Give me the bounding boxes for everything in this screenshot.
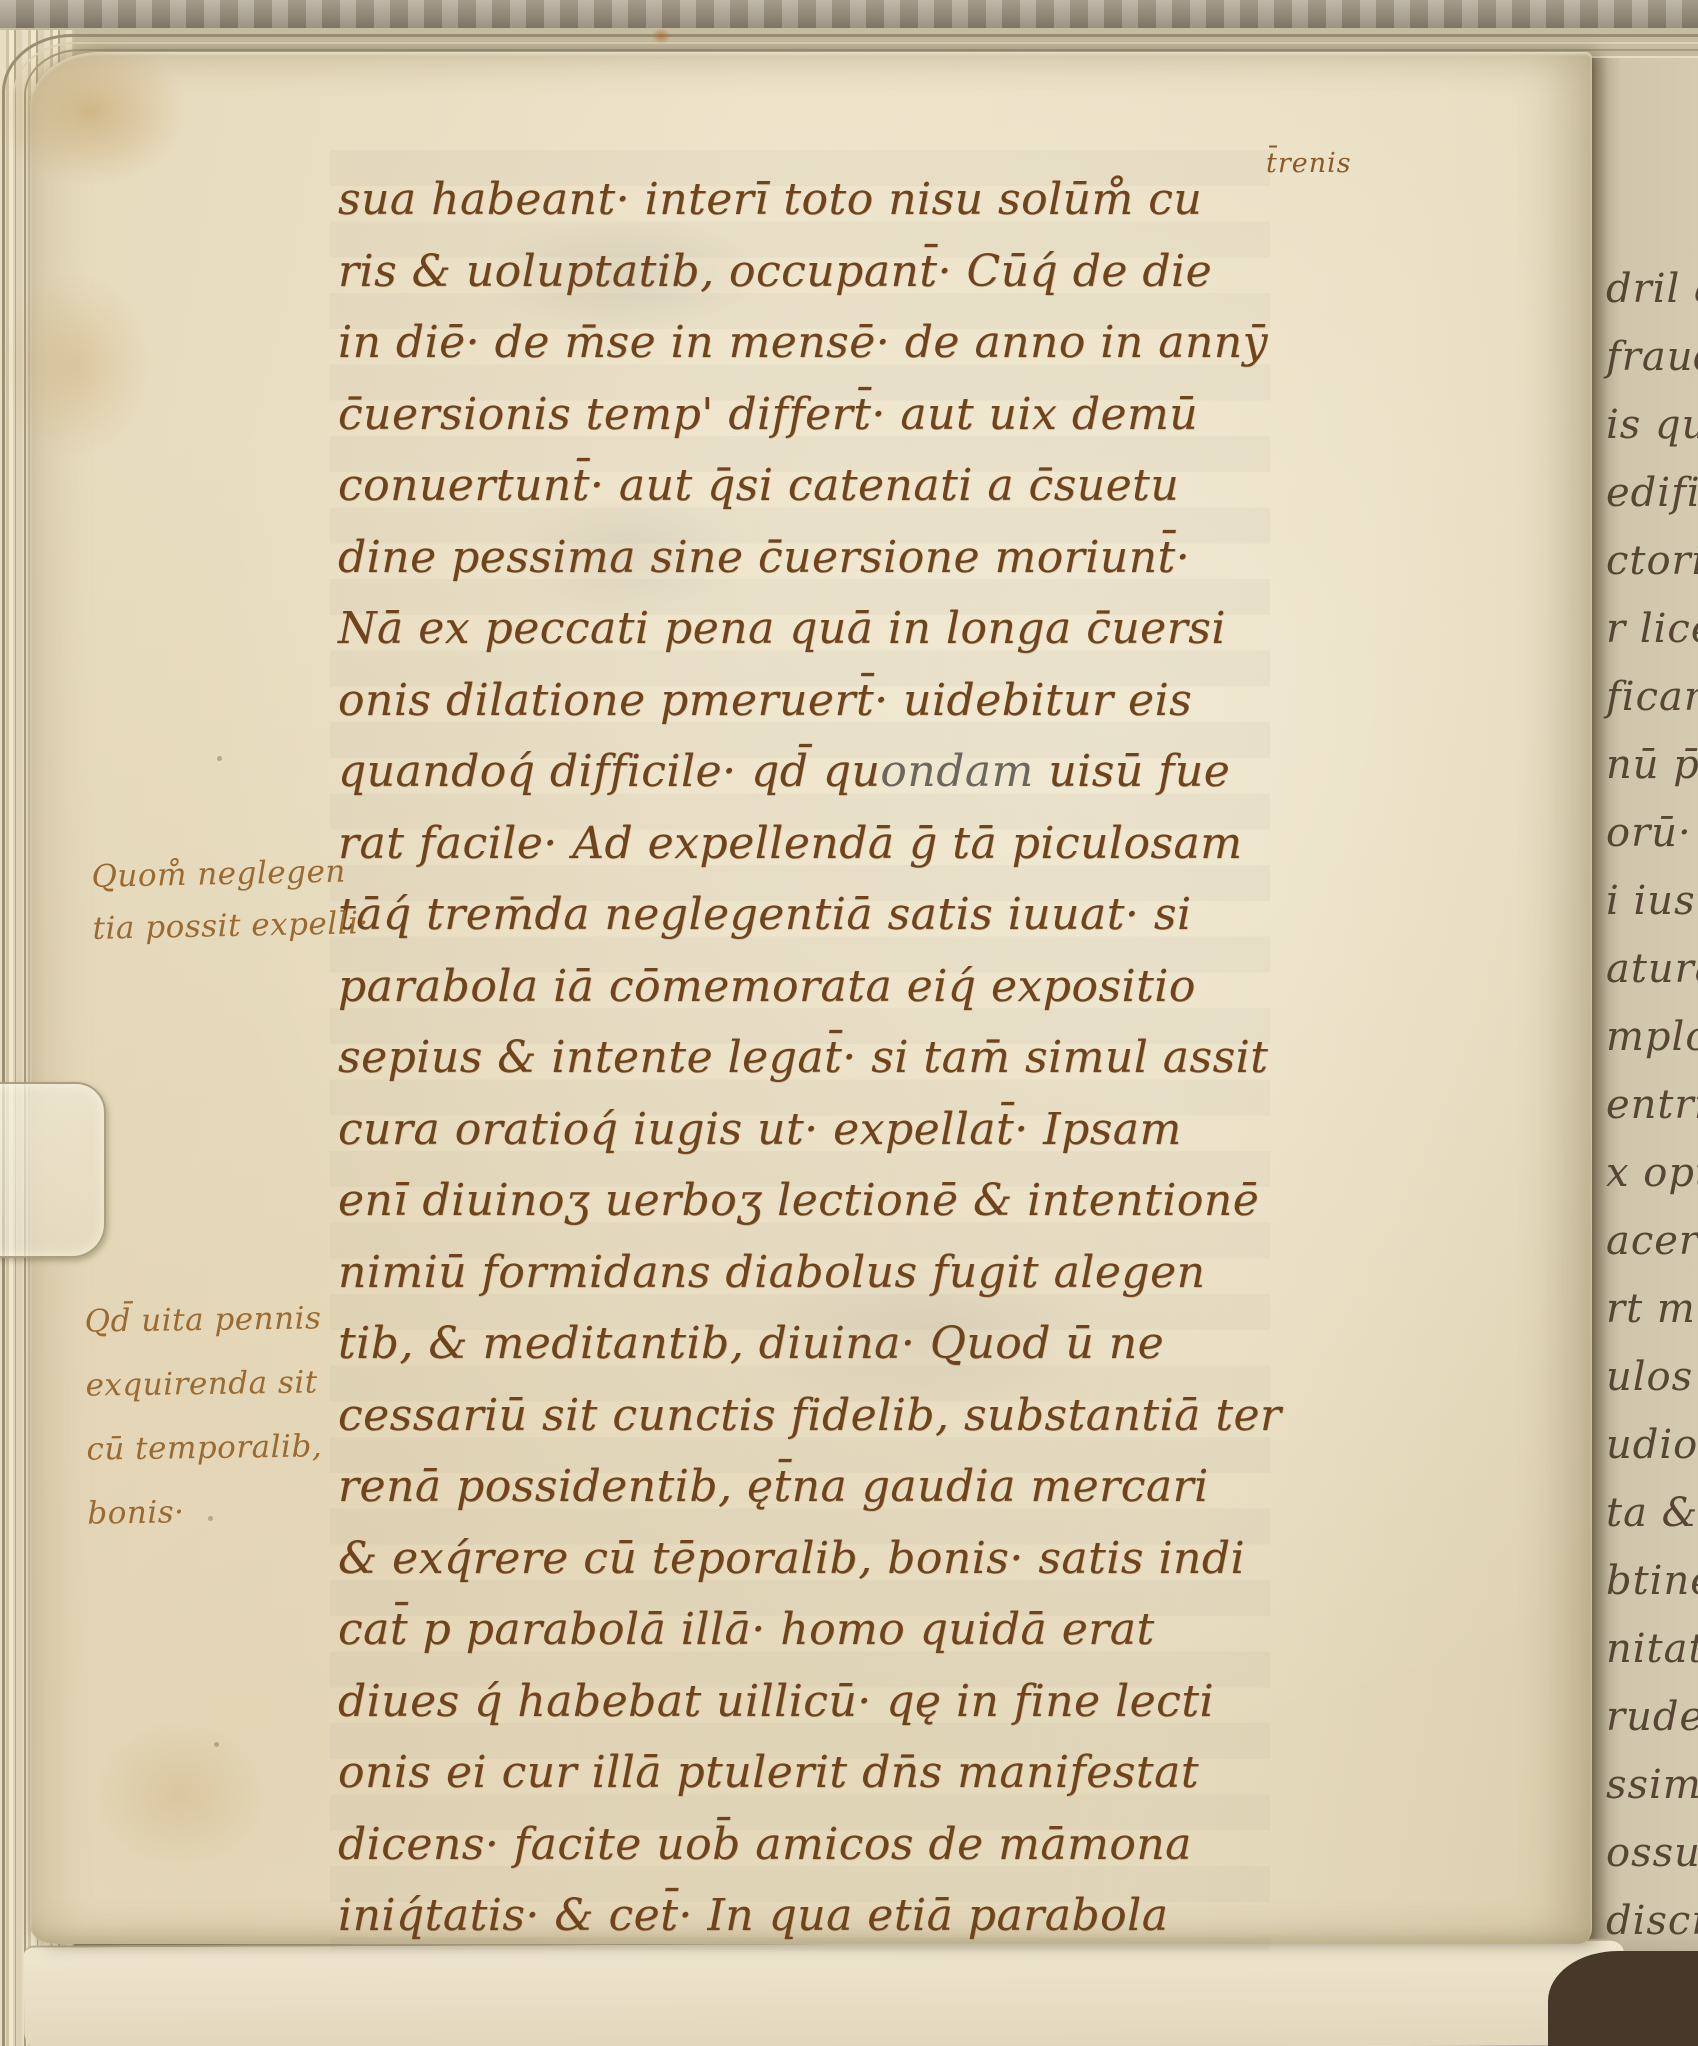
- prick-mark: [217, 756, 222, 761]
- facing-line-fragment: ossunt· Or: [1606, 1830, 1698, 1876]
- facing-line-fragment: ctoria u: [1606, 538, 1698, 584]
- facing-line-fragment: nitatis· e: [1606, 1626, 1698, 1672]
- facing-line-fragment: udiosi s̄ ac: [1606, 1422, 1698, 1468]
- facing-line-fragment: rudentia s: [1606, 1694, 1698, 1740]
- facing-line-fragment: orū· mi: [1606, 810, 1698, 856]
- interlinear-gloss: t̄renis: [1266, 148, 1352, 179]
- facing-line-fragment: ssima que: [1606, 1762, 1698, 1808]
- facing-line-fragment: r licet: [1606, 606, 1698, 652]
- binding-dark-corner: [1548, 1951, 1698, 2046]
- text-segment: uisū fue: [1034, 746, 1230, 797]
- text-line: tib, & meditantib, diuina· Quod ū ne: [338, 1308, 1253, 1380]
- main-text-column: sua habeant· interī toto nisu solūm̊ cu …: [338, 164, 1253, 1952]
- book-board-top-edge: [0, 0, 1698, 30]
- text-line: dine pessima sine c̄uersione moriunt̄·: [338, 522, 1253, 594]
- margin-note-line: Quom̊ neglegen: [91, 845, 368, 903]
- text-line: renā possidentib, ęt̄na gaudia mercari: [338, 1451, 1253, 1523]
- margin-note-neglegentia: Quom̊ neglegen tia possit expelli·: [91, 845, 370, 955]
- manuscript-photo: dril a fraude is quā edificat ctoria u r…: [0, 0, 1698, 2046]
- facing-line-fragment: ta & uos st: [1606, 1490, 1698, 1536]
- text-line: in diē· de m̄se in mensē· de anno in ann…: [338, 307, 1253, 379]
- facing-line-fragment: mplo sim: [1606, 1014, 1698, 1060]
- text-line: diues q́ habebat uillicū· qę in fine lec…: [338, 1666, 1253, 1738]
- facing-line-fragment: is quā: [1606, 402, 1698, 448]
- text-line: nimiū formidans diabolus fugit alegen: [338, 1237, 1253, 1309]
- text-line: cura oratioq́ iugis ut· expellat̄· Ipsam: [338, 1094, 1253, 1166]
- text-line: enī diuinoʒ uerboʒ lectionē & intentionē: [338, 1165, 1253, 1237]
- text-line: rat facile· Ad expellendā ḡ tā piculosam: [338, 808, 1253, 880]
- margin-note-line: cū temporalib,: [86, 1414, 324, 1481]
- text-line: onis ei cur illā ptulerit dn̄s manifesta…: [338, 1737, 1253, 1809]
- vellum-tab: [0, 1082, 106, 1258]
- facing-line-fragment: rt munda: [1606, 1286, 1698, 1332]
- text-line: cat̄ p parabolā illā· homo quidā erat: [338, 1594, 1253, 1666]
- text-segment: quandoq́ difficile· qd̄ qu: [338, 746, 880, 797]
- text-line: quandoq́ difficile· qd̄ quondam uisū fue: [338, 736, 1253, 808]
- prick-mark: [214, 1742, 219, 1747]
- facing-line-fragment: entrice: [1606, 1082, 1698, 1128]
- text-line: tāq́ trem̄da neglegentiā satis iuuat· si: [338, 879, 1253, 951]
- later-addition-quondam: ondam: [880, 746, 1033, 797]
- facing-line-fragment: x opte: [1606, 1150, 1698, 1196]
- text-line: & exq́rere cū tēporalib, bonis· satis in…: [338, 1523, 1253, 1595]
- text-line: conuertunt̄· aut q̄si catenati a c̄suetu: [338, 450, 1253, 522]
- facing-line-fragment: ulos suos: [1606, 1354, 1698, 1400]
- text-line: dicens· facite uob̄ amicos de māmona: [338, 1809, 1253, 1881]
- margin-note-line: Qd̄ uita pennis: [84, 1286, 322, 1353]
- text-line: iniq́tatis· & cet̄· In qua etiā parabola: [338, 1880, 1253, 1952]
- margin-note-vita-temporalibus: Qd̄ uita pennis exquirenda sit cū tempor…: [84, 1286, 324, 1545]
- facing-line-fragment: nū p̄sta: [1606, 742, 1698, 788]
- facing-line-fragment: fraude: [1606, 334, 1698, 380]
- underlying-page-edge: [24, 1939, 1624, 2046]
- text-line: sepius & intente legat̄· si tam̄ simul a…: [338, 1022, 1253, 1094]
- facing-line-fragment: edificat: [1606, 470, 1698, 516]
- text-line: onis dilatione pmeruert̄· uidebitur eis: [338, 665, 1253, 737]
- facing-line-fragment: ficari·at: [1606, 674, 1698, 720]
- margin-note-line: exquirenda sit: [85, 1350, 323, 1417]
- text-line: c̄uersionis temp' differt̄· aut uix demū: [338, 379, 1253, 451]
- margin-note-line: tia possit expelli·: [92, 897, 369, 955]
- facing-page-edge: dril a fraude is quā edificat ctoria u r…: [1590, 56, 1698, 2046]
- facing-line-fragment: i iuste: [1606, 878, 1698, 924]
- facing-line-fragment: acere xp̄: [1606, 1218, 1698, 1264]
- text-line: cessariū sit cunctis fidelib, substantiā…: [338, 1380, 1253, 1452]
- text-line: Nā ex peccati pena quā in longa c̄uersi: [338, 593, 1253, 665]
- facing-line-fragment: btineatis·: [1606, 1558, 1698, 1604]
- facing-line-fragment: dril a: [1606, 266, 1698, 312]
- facing-line-fragment: atura ui: [1606, 946, 1698, 992]
- margin-note-line: bonis·: [87, 1478, 325, 1545]
- text-line: parabola iā cōmemorata eiq́ expositio: [338, 951, 1253, 1023]
- text-line: sua habeant· interī toto nisu solūm̊ cu: [338, 164, 1253, 236]
- text-line: ris & uoluptatib, occupant̄· Cūq́ de die: [338, 236, 1253, 308]
